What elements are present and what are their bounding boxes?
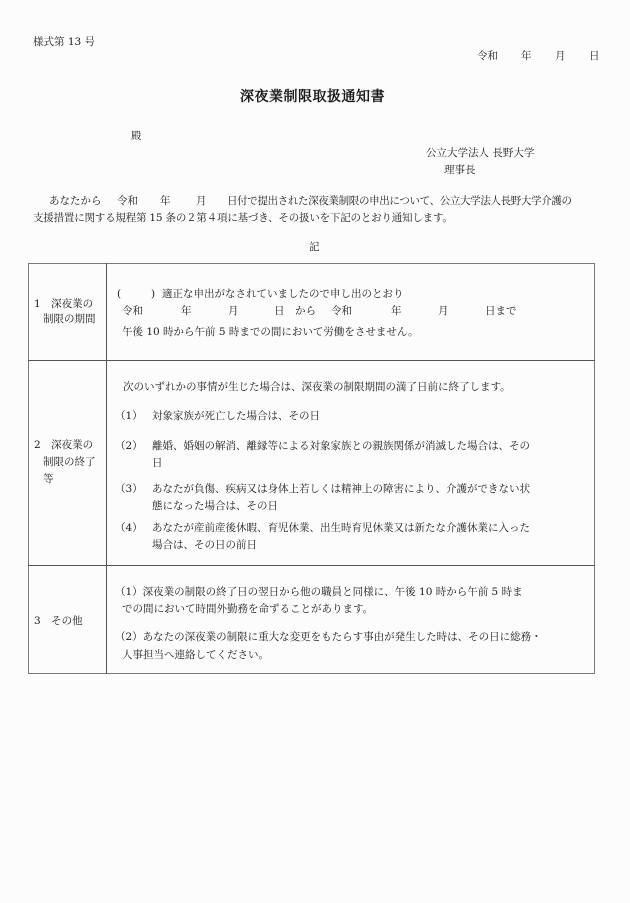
header-date-era: 令和: [477, 51, 498, 62]
intro-line2: 支援措置に関する規程第 15 条の２第４項に基づき、その扱いを下記のとおり通知し…: [33, 213, 453, 224]
period-from-word: から: [295, 306, 316, 317]
period-to-month: 月: [438, 306, 449, 317]
intro-prefix: あなたから: [49, 196, 102, 207]
row2-label-line2: 制限の終了: [43, 455, 96, 470]
item-2-line1: 離婚、婚姻の解消、離縁等による対象家族との親族関係が消滅した場合は、その: [152, 441, 530, 452]
intro-year: 年: [160, 196, 171, 207]
item-4-line1: あなたが産前産後休暇、育児休業、出生時育児休業又は新たな介護休業に入った: [152, 523, 530, 534]
period-from-month: 月: [228, 306, 239, 317]
row1-line3: 午後 10 時から午前 5 時までの間において労働をさせません。: [122, 327, 419, 338]
period-from-day: 日: [274, 306, 285, 317]
item-3-line2: 態になった場合は、その日: [152, 501, 278, 512]
table-row-divider: [28, 360, 595, 361]
header-date-year: 年: [521, 51, 532, 62]
ki-label: 記: [309, 242, 320, 253]
item-2-line2: 日: [152, 458, 163, 469]
intro-line1: 日付で提出された深夜業制限の申出について、公立大学法人長野大学介護の: [227, 196, 572, 207]
table-column-divider: [106, 263, 107, 674]
issuer-organization: 公立大学法人 長野大学: [426, 148, 534, 159]
other-item-1-line2: での間において時間外勤務を命ずることがあります。: [122, 604, 373, 615]
table-row-divider: [28, 565, 595, 566]
issuer-position: 理事長: [444, 165, 476, 176]
other-item-2-line2: 人事担当へ連絡してください。: [122, 650, 269, 661]
period-to-year: 年: [391, 306, 402, 317]
row2-label-line1: 2 深夜業の: [34, 438, 93, 453]
header-date-day: 日: [589, 51, 600, 62]
row1-label-line2: 制限の期間: [43, 312, 96, 327]
period-to-era: 令和: [331, 306, 352, 317]
period-from-year: 年: [181, 306, 192, 317]
document-title: 深夜業制限取扱通知書: [240, 90, 385, 104]
item-3-line1: あなたが負傷、疾病又は身体上若しくは精神上の障害により、介護ができない状: [152, 484, 530, 495]
other-item-1-line1: （1）深夜業の制限の終了日の翌日から他の職員と同様に、午後 10 時から午前 5…: [115, 587, 523, 598]
intro-month: 月: [196, 196, 207, 207]
row1-checkbox-close[interactable]: ): [151, 289, 155, 300]
row1-line1: 適正な申出がなされていましたので申し出のとおり: [162, 289, 404, 300]
addressee-suffix: 殿: [131, 131, 142, 142]
item-4-line2: 場合は、その日の前日: [152, 540, 257, 551]
item-4-number: （4）: [115, 523, 143, 534]
intro-era: 令和: [117, 196, 138, 207]
form-number: 様式第 13 号: [33, 37, 95, 48]
header-date-month: 月: [555, 51, 566, 62]
row1-label-line1: 1 深夜業の: [34, 297, 93, 312]
item-1-line1: 対象家族が死亡した場合は、その日: [152, 411, 320, 422]
row2-intro: 次のいずれかの事情が生じた場合は、深夜業の制限期間の満了日前に終了します。: [123, 382, 511, 393]
period-from-era: 令和: [122, 306, 143, 317]
row2-label-line3: 等: [43, 472, 54, 487]
item-1-number: （1）: [115, 411, 143, 422]
row1-checkbox-open[interactable]: (: [117, 289, 121, 300]
item-3-number: （3）: [115, 484, 143, 495]
other-item-2-line1: （2）あなたの深夜業の制限に重大な変更をもたらす事由が発生した時は、その日に総務…: [115, 632, 542, 643]
row3-label: 3 その他: [34, 614, 83, 629]
item-2-number: （2）: [115, 441, 143, 452]
period-to-day: 日まで: [485, 306, 517, 317]
